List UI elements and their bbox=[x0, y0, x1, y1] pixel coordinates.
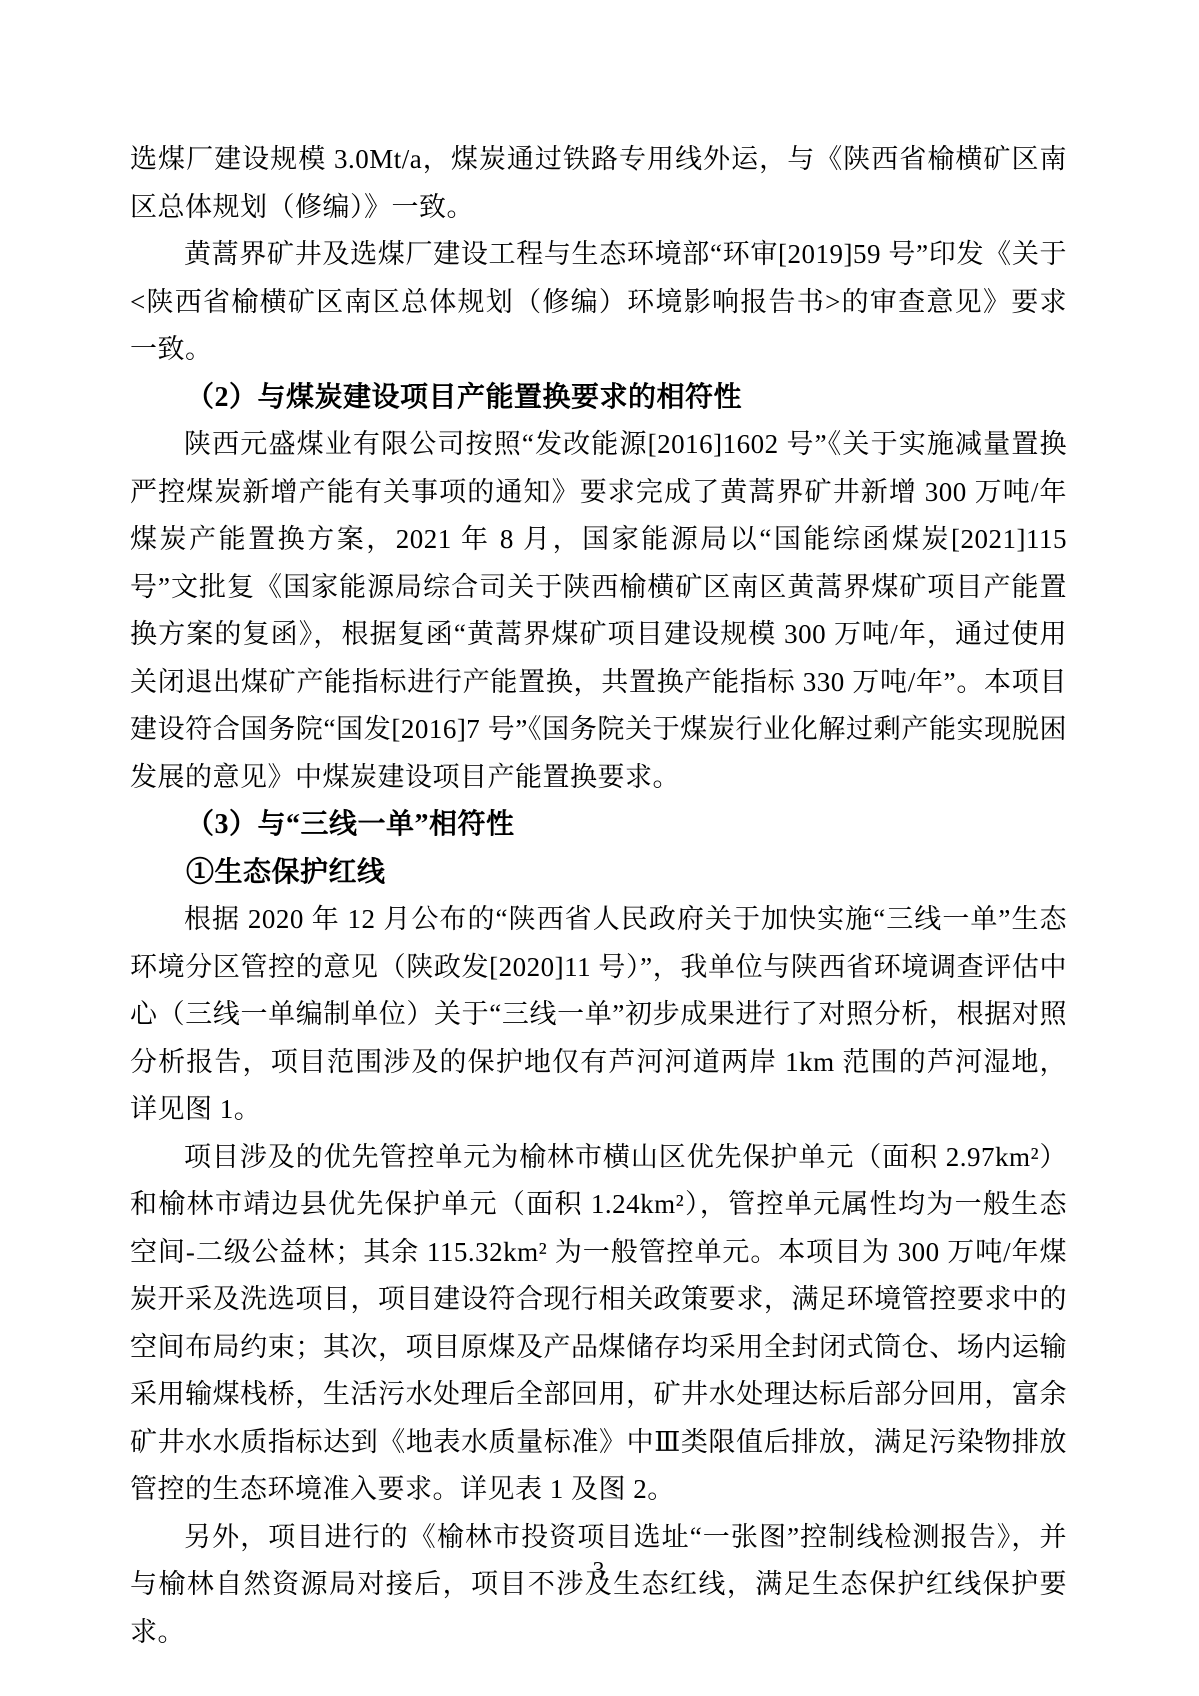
page-number: 3 bbox=[593, 1558, 605, 1584]
document-content: 选煤厂建设规模 3.0Mt/a，煤炭通过铁路专用线外运，与《陕西省榆横矿区南区总… bbox=[130, 136, 1067, 1656]
document-page: 选煤厂建设规模 3.0Mt/a，煤炭通过铁路专用线外运，与《陕西省榆横矿区南区总… bbox=[0, 0, 1199, 1696]
page-footer: 3 bbox=[130, 1556, 1067, 1586]
paragraph-priority-control-units: 项目涉及的优先管控单元为榆林市横山区优先保护单元（面积 2.97km²）和榆林市… bbox=[130, 1134, 1067, 1514]
paragraph-plan-consistency-continuation: 选煤厂建设规模 3.0Mt/a，煤炭通过铁路专用线外运，与《陕西省榆横矿区南区总… bbox=[130, 136, 1067, 231]
paragraph-redline-comparison-analysis: 根据 2020 年 12 月公布的“陕西省人民政府关于加快实施“三线一单”生态环… bbox=[130, 896, 1067, 1134]
paragraph-capacity-replacement-details: 陕西元盛煤业有限公司按照“发改能源[2016]1602 号”《关于实施减量置换严… bbox=[130, 421, 1067, 801]
heading-three-lines-one-list-compliance: （3）与“三线一单”相符性 bbox=[130, 801, 1067, 849]
heading-ecological-protection-redline: ①生态保护红线 bbox=[130, 849, 1067, 897]
paragraph-review-opinion-consistency: 黄蒿界矿井及选煤厂建设工程与生态环境部“环审[2019]59 号”印发《关于<陕… bbox=[130, 231, 1067, 374]
heading-capacity-replacement-compliance: （2）与煤炭建设项目产能置换要求的相符性 bbox=[130, 374, 1067, 422]
